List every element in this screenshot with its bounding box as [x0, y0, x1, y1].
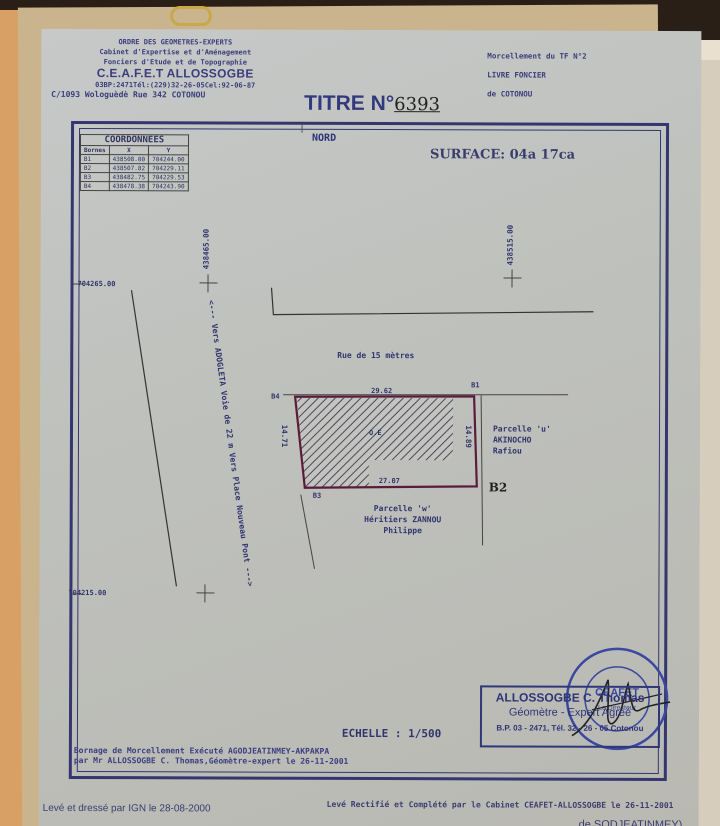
corner-b3: B3 [313, 492, 321, 500]
parcel-line: AKINOCHO [493, 434, 551, 445]
footer-revision-note: Levé Rectifié et Complété par le Cabinet… [327, 800, 674, 810]
paper-clip [170, 6, 212, 26]
grid-y-label: 704265.00 [77, 280, 115, 288]
registry-line: LIVRE FONCIER [487, 65, 586, 84]
corner-b1: B1 [471, 381, 479, 389]
dimension-left: 14.71 [280, 425, 289, 448]
parcel-line: Parcelle 'w' [343, 503, 463, 514]
footer-extra-note: de SODJEATINMEY) [579, 819, 683, 826]
plan-frame: COORDONNEES Bornes X Y B1 438508.00 7042… [69, 121, 669, 781]
land-title-document: ORDRE DES GEOMETRES-EXPERTS Cabinet d'Ex… [39, 29, 702, 826]
building-label: O.E [369, 429, 382, 437]
dimension-top: 29.62 [371, 387, 392, 395]
parcel-line: Philippe [343, 525, 463, 536]
surveyor-name: ALLOSSOGBE C. Thomas [482, 690, 658, 706]
address-line: C/1093 Wologuèdè Rue 342 COTONOU [51, 90, 295, 101]
grid-x-label: 438465.00 [202, 229, 211, 270]
parcel-line: Parcelle 'u' [493, 423, 551, 434]
parcel-line: Héritiers ZANNOU [343, 514, 463, 525]
bornage-note: Bornage de Morcellement Exécuté AGODJEAT… [74, 746, 349, 767]
footer-survey-note: Levé et dressé par IGN le 28-08-2000 [43, 803, 211, 815]
title-number: TITRE N°6393 [304, 92, 440, 116]
registry-line: de COTONOU [487, 84, 586, 103]
grid-cross-icon [196, 584, 214, 602]
land-registry-header: Morcellement du TF N°2 LIVRE FONCIER de … [487, 46, 587, 103]
corner-b2: B2 [489, 480, 508, 494]
grid-cross-icon [199, 274, 217, 292]
parcel-line: Rafiou [493, 445, 551, 456]
scale-label: ECHELLE : 1/500 [342, 727, 441, 740]
surveyor-address: B.P. 03 - 2471, Tél. 32 - 26 - 05 Cotono… [482, 720, 658, 736]
title-number-value: 6393 [394, 94, 440, 115]
grid-cross-icon [503, 269, 521, 287]
surveyor-header: ORDRE DES GEOMETRES-EXPERTS Cabinet d'Ex… [55, 37, 295, 101]
dimension-right: 14.89 [464, 425, 473, 448]
brand-name: C.E.A.F.E.T ALLOSSOGBE [55, 67, 295, 81]
parcel-u-label: Parcelle 'u' AKINOCHO Rafiou [493, 423, 551, 456]
corner-b4: B4 [271, 393, 279, 401]
grid-y-label: 704215.00 [68, 589, 106, 597]
surveyor-title: Géomètre - Expert Agréé [482, 705, 658, 721]
road-label-north: Rue de 15 mètres [337, 351, 414, 360]
parcel-w-label: Parcelle 'w' Héritiers ZANNOU Philippe [343, 503, 463, 536]
title-label: TITRE N° [304, 92, 394, 115]
registry-line: Morcellement du TF N°2 [487, 46, 586, 65]
grid-x-label: 438515.00 [506, 225, 515, 266]
dimension-bottom: 27.07 [379, 477, 400, 485]
surveyor-stamp: ALLOSSOGBE C. Thomas Géomètre - Expert A… [480, 685, 660, 748]
bornage-line: par Mr ALLOSSOGBE C. Thomas,Géomètre-exp… [74, 756, 349, 767]
